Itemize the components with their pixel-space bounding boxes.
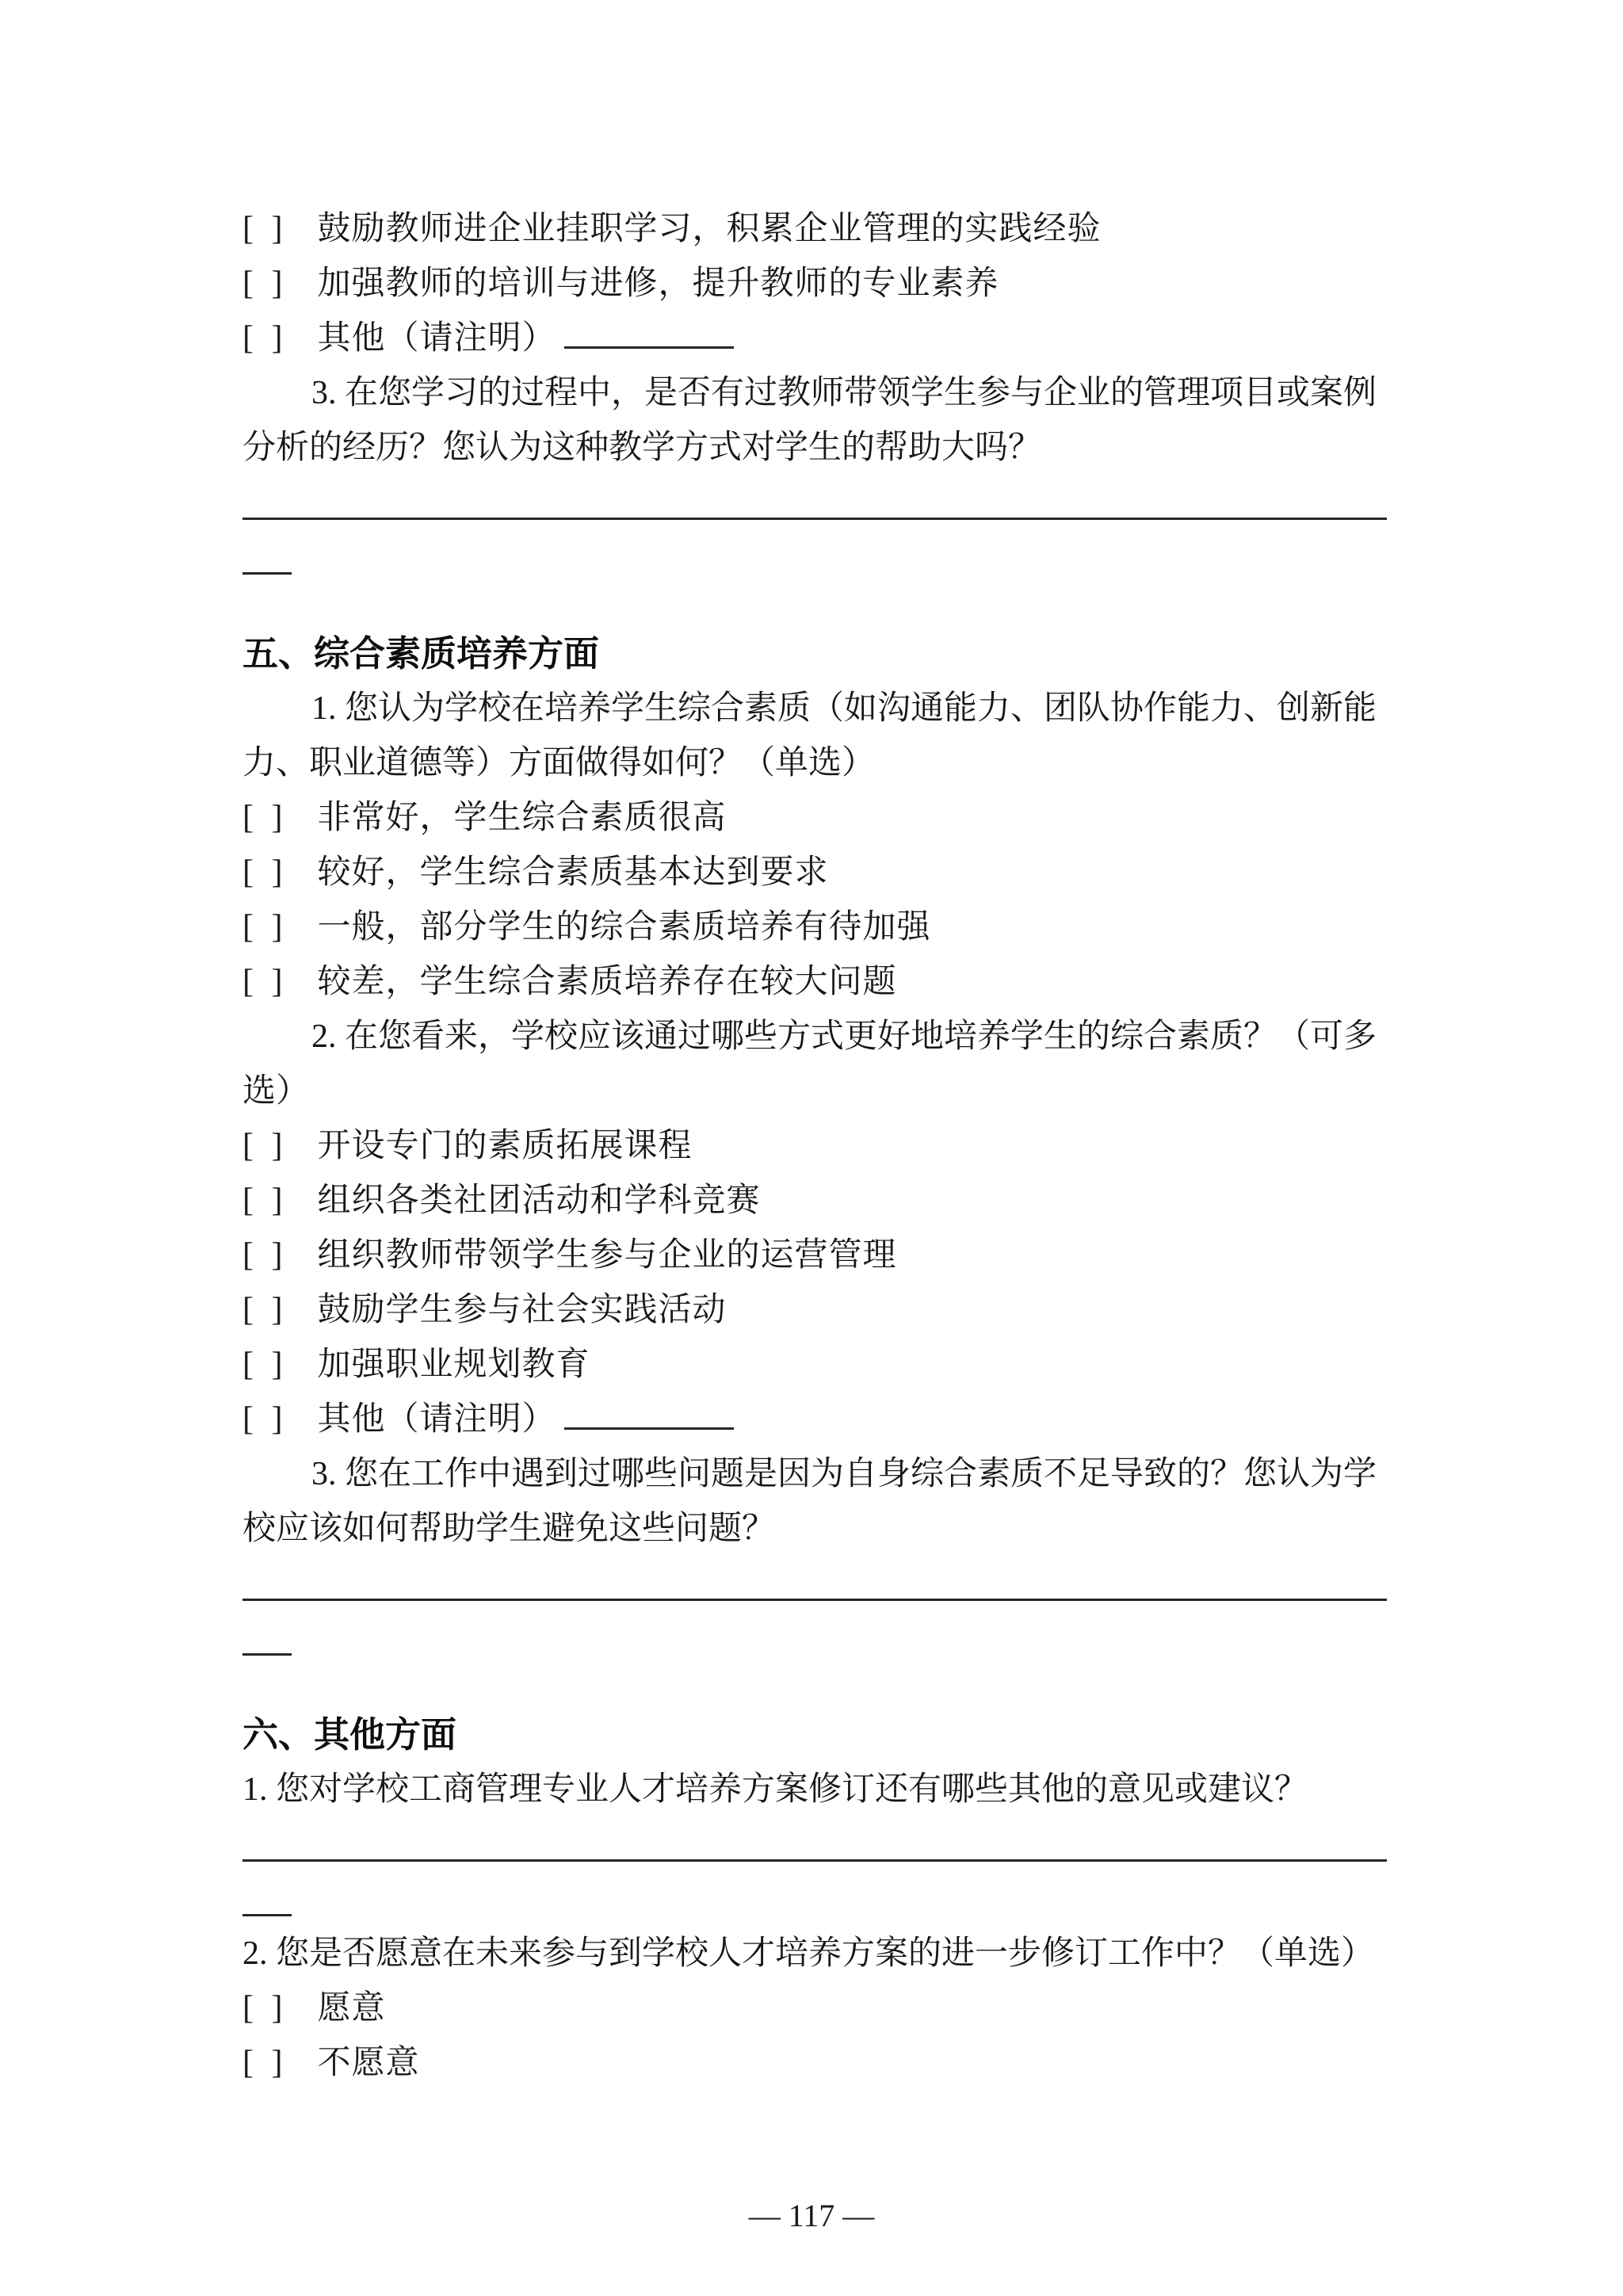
checkbox-option: [ ]组织各类社团活动和学科竞赛 [242, 1174, 1387, 1228]
question-text: 1. 您对学校工商管理专业人才培养方案修订还有哪些其他的意见或建议？ [242, 1763, 1387, 1817]
question-text: 3. 您在工作中遇到过哪些问题是因为自身综合素质不足导致的？您认为学 [242, 1447, 1387, 1502]
checkbox-option: [ ]鼓励学生参与社会实践活动 [242, 1283, 1387, 1338]
checkbox-option: [ ]鼓励教师进企业挂职学习，积累企业管理的实践经验 [242, 202, 1387, 257]
checkbox-icon[interactable]: [ ] [242, 900, 287, 955]
question-text: 2. 在您看来，学校应该通过哪些方式更好地培养学生的综合素质？（可多 [242, 1010, 1387, 1064]
section-heading: 五、综合素质培养方面 [242, 627, 1387, 682]
option-label: 较差，学生综合素质培养存在较大问题 [317, 964, 896, 1000]
checkbox-option: [ ]一般，部分学生的综合素质培养有待加强 [242, 900, 1387, 955]
section-5: 五、综合素质培养方面 1. 您认为学校在培养学生综合素质（如沟通能力、团队协作能… [242, 627, 1387, 1656]
checkbox-icon[interactable]: [ ] [242, 1174, 287, 1228]
checkbox-option: [ ]非常好，学生综合素质很高 [242, 791, 1387, 846]
question-text: 力、职业道德等）方面做得如何？（单选） [242, 736, 1387, 791]
question-text: 3. 在您学习的过程中，是否有过教师带领学生参与企业的管理项目或案例 [242, 366, 1387, 421]
answer-line[interactable] [242, 1557, 1387, 1601]
option-label: 组织教师带领学生参与企业的运营管理 [317, 1237, 896, 1274]
option-label: 较好，学生综合素质基本达到要求 [317, 854, 828, 891]
option-label: 加强职业规划教育 [317, 1347, 590, 1383]
questionnaire-page: [ ]鼓励教师进企业挂职学习，积累企业管理的实践经验 [ ]加强教师的培训与进修… [0, 0, 1623, 2296]
option-label: 其他（请注明） [317, 320, 556, 357]
option-label: 不愿意 [317, 2045, 419, 2081]
option-label: 非常好，学生综合素质很高 [317, 800, 726, 836]
section-6: 六、其他方面 1. 您对学校工商管理专业人才培养方案修订还有哪些其他的意见或建议… [242, 1708, 1387, 2091]
checkbox-icon[interactable]: [ ] [242, 2036, 287, 2091]
option-label: 加强教师的培训与进修，提升教师的专业素养 [317, 266, 999, 302]
answer-line-short[interactable] [242, 1872, 292, 1916]
question-text: 2. 您是否愿意在未来参与到学校人才培养方案的进一步修订工作中？（单选） [242, 1927, 1387, 1981]
option-label: 鼓励学生参与社会实践活动 [317, 1292, 726, 1328]
fill-in-blank[interactable] [564, 342, 734, 349]
checkbox-icon[interactable]: [ ] [242, 1283, 287, 1338]
option-label: 鼓励教师进企业挂职学习，积累企业管理的实践经验 [317, 211, 1101, 247]
checkbox-icon[interactable]: [ ] [242, 311, 287, 366]
checkbox-option-other: [ ]其他（请注明） [242, 1392, 1387, 1447]
checkbox-icon[interactable]: [ ] [242, 1338, 287, 1392]
answer-line-short[interactable] [242, 530, 292, 575]
checkbox-option: [ ]较差，学生综合素质培养存在较大问题 [242, 955, 1387, 1010]
section-heading: 六、其他方面 [242, 1708, 1387, 1763]
answer-line[interactable] [242, 476, 1387, 520]
answer-line[interactable] [242, 1817, 1387, 1862]
checkbox-icon[interactable]: [ ] [242, 1119, 287, 1174]
checkbox-icon[interactable]: [ ] [242, 955, 287, 1010]
checkbox-option: [ ]加强教师的培训与进修，提升教师的专业素养 [242, 257, 1387, 311]
option-label: 组织各类社团活动和学科竞赛 [317, 1182, 760, 1219]
checkbox-icon[interactable]: [ ] [242, 791, 287, 846]
page-number: — 117 — [749, 2198, 875, 2233]
option-label: 其他（请注明） [317, 1401, 556, 1438]
section-4-continuation: [ ]鼓励教师进企业挂职学习，积累企业管理的实践经验 [ ]加强教师的培训与进修… [242, 202, 1387, 575]
checkbox-option: [ ]愿意 [242, 1981, 1387, 2036]
checkbox-option: [ ]组织教师带领学生参与企业的运营管理 [242, 1228, 1387, 1283]
checkbox-option: [ ]加强职业规划教育 [242, 1338, 1387, 1392]
question-text: 选） [242, 1064, 1387, 1119]
question-text: 分析的经历？您认为这种教学方式对学生的帮助大吗？ [242, 421, 1387, 476]
checkbox-icon[interactable]: [ ] [242, 1392, 287, 1447]
question-text: 校应该如何帮助学生避免这些问题？ [242, 1502, 1387, 1557]
checkbox-icon[interactable]: [ ] [242, 202, 287, 257]
checkbox-option: [ ]不愿意 [242, 2036, 1387, 2091]
checkbox-option-other: [ ]其他（请注明） [242, 311, 1387, 366]
checkbox-icon[interactable]: [ ] [242, 846, 287, 900]
page-content: [ ]鼓励教师进企业挂职学习，积累企业管理的实践经验 [ ]加强教师的培训与进修… [242, 202, 1387, 2091]
checkbox-icon[interactable]: [ ] [242, 1981, 287, 2036]
option-label: 愿意 [317, 1990, 385, 2027]
option-label: 一般，部分学生的综合素质培养有待加强 [317, 909, 930, 946]
answer-line-short[interactable] [242, 1611, 292, 1656]
question-text: 1. 您认为学校在培养学生综合素质（如沟通能力、团队协作能力、创新能 [242, 682, 1387, 736]
checkbox-icon[interactable]: [ ] [242, 257, 287, 311]
fill-in-blank[interactable] [564, 1423, 734, 1430]
checkbox-option: [ ]较好，学生综合素质基本达到要求 [242, 846, 1387, 900]
page-footer: — 117 — [0, 2188, 1623, 2243]
option-label: 开设专门的素质拓展课程 [317, 1128, 692, 1164]
checkbox-option: [ ]开设专门的素质拓展课程 [242, 1119, 1387, 1174]
checkbox-icon[interactable]: [ ] [242, 1228, 287, 1283]
